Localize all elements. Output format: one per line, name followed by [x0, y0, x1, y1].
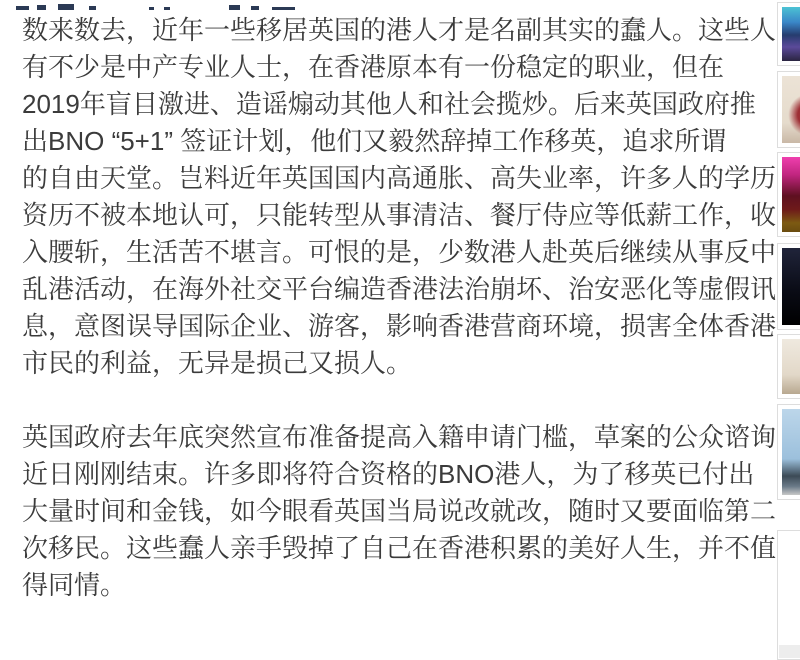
text-line: 近日刚刚结束。许多即将符合资格的BNO港人，为了移英已付出 — [22, 456, 770, 493]
text-line: 英国政府去年底突然宣布准备提高入籍申请门槛，草案的公众谘询 — [22, 419, 770, 456]
thumbnail-image — [782, 157, 800, 232]
sidebar-article-thumb-3[interactable] — [777, 152, 800, 237]
thumbnail-image — [782, 339, 800, 394]
sidebar-thumbnail-column — [777, 0, 800, 660]
thumb-card-footer — [779, 645, 800, 658]
text-line: 数来数去，近年一些移居英国的港人才是名副其实的蠢人。这些人 — [22, 12, 770, 49]
article-body: 数来数去，近年一些移居英国的港人才是名副其实的蠢人。这些人 有不少是中产专业人士… — [22, 12, 770, 641]
text-line: 资历不被本地认可，只能转型从事清洁、餐厅侍应等低薪工作，收 — [22, 197, 770, 234]
text-line: 2019年盲目激进、造谣煽动其他人和社会揽炒。后来英国政府推 — [22, 86, 770, 123]
text-line: 得同情。 — [22, 567, 770, 604]
text-line: 次移民。这些蠢人亲手毁掉了自己在香港积累的美好人生，并不值 — [22, 530, 770, 567]
thumbnail-image — [782, 7, 800, 61]
text-line: 大量时间和金钱，如今眼看英国当局说改就改，随时又要面临第二 — [22, 493, 770, 530]
text-line: 出BNO “5+1” 签证计划，他们又毅然辞掉工作移英，追求所谓 — [22, 123, 770, 160]
article-page: { "article": { "language": "zh", "paragr… — [0, 0, 800, 660]
article-paragraph-2: 英国政府去年底突然宣布准备提高入籍申请门槛，草案的公众谘询 近日刚刚结束。许多即… — [22, 419, 770, 604]
article-paragraph-1: 数来数去，近年一些移居英国的港人才是名副其实的蠢人。这些人 有不少是中产专业人士… — [22, 12, 770, 382]
sidebar-article-thumb-5[interactable] — [777, 334, 800, 399]
sidebar-article-thumb-2[interactable] — [777, 71, 800, 148]
text-line: 市民的利益，无异是损己又损人。 — [22, 345, 770, 382]
text-line: 入腰斩，生活苦不堪言。可恨的是，少数港人赴英后继续从事反中 — [22, 234, 770, 271]
thumbnail-image — [782, 409, 800, 495]
sidebar-article-thumb-6[interactable] — [777, 404, 800, 500]
sidebar-article-thumb-4[interactable] — [777, 243, 800, 330]
text-line: 乱港活动，在海外社交平台编造香港法治崩坏、治安恶化等虚假讯 — [22, 271, 770, 308]
thumbnail-image — [782, 248, 800, 325]
text-line: 有不少是中产专业人士，在香港原本有一份稳定的职业，但在 — [22, 49, 770, 86]
clipped-text-remnant — [0, 0, 320, 11]
sidebar-article-thumb-7[interactable] — [777, 530, 800, 660]
text-line: 的自由天堂。岂料近年英国国内高通胀、高失业率，许多人的学历 — [22, 160, 770, 197]
thumbnail-image — [782, 76, 800, 143]
sidebar-article-thumb-1[interactable] — [777, 2, 800, 66]
text-line: 息，意图误导国际企业、游客，影响香港营商环境，损害全体香港 — [22, 308, 770, 345]
